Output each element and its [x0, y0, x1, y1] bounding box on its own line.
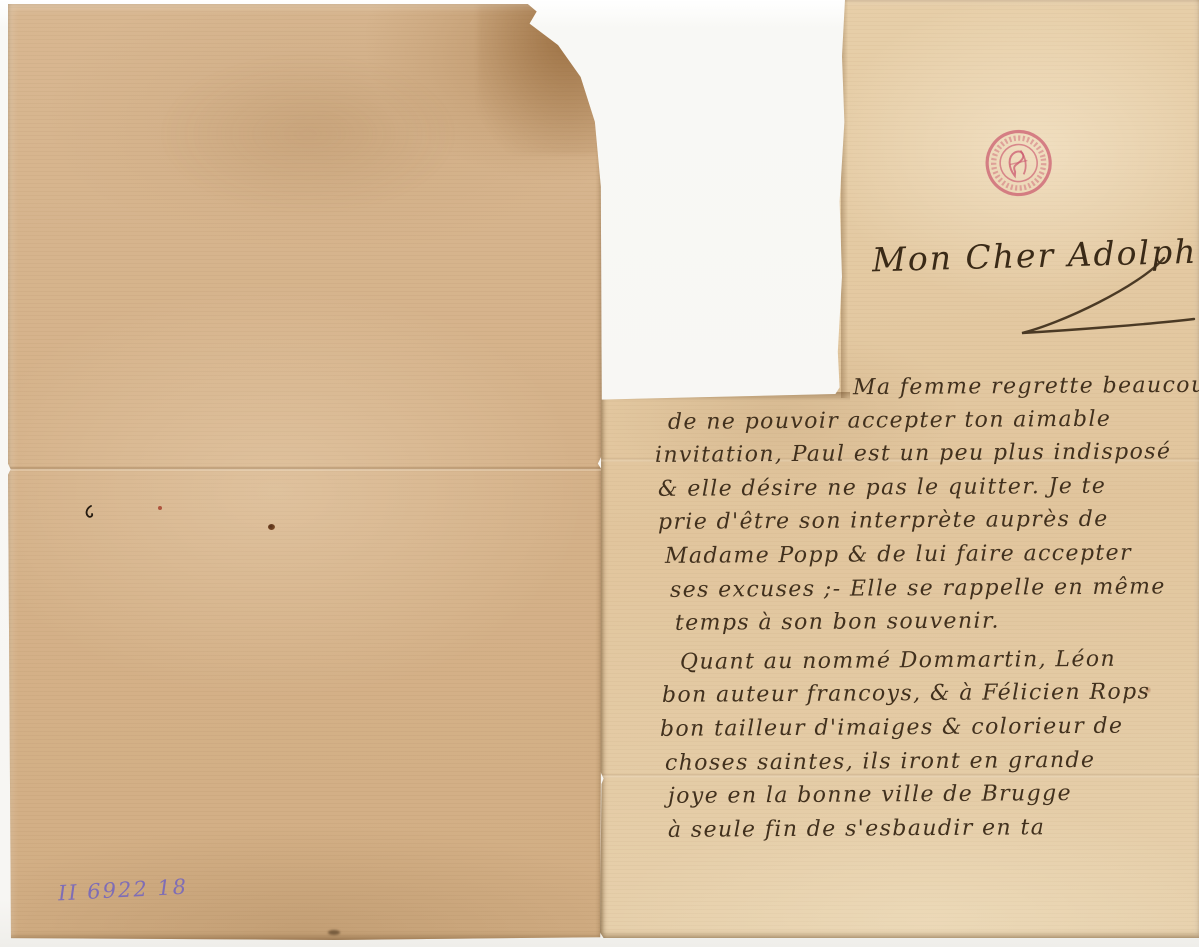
brown-spot-mark — [268, 524, 275, 530]
fold-crease — [8, 466, 602, 471]
torn-edge-shading — [841, 0, 849, 398]
paper-stain — [158, 54, 458, 214]
letter-line: choses saintes, ils iront en grande — [665, 747, 1199, 784]
letter-line: ses excuses ;- Elle se rappelle en même — [670, 574, 1199, 611]
letter-line: temps à son bon souvenir. — [675, 607, 1199, 644]
letter-line: Ma femme regrette beaucoup — [853, 373, 1199, 409]
letter-line: bon tailleur d'imaiges & colorieur de — [660, 713, 1199, 750]
catalog-number: II 6922 18 — [57, 875, 188, 906]
letter-body: Ma femme regrette beaucoup de ne pouvoir… — [648, 374, 1199, 849]
letter-line: Madame Popp & de lui faire accepter — [665, 540, 1199, 577]
letter-line: prie d'être son interprète auprès de — [658, 506, 1199, 543]
collection-stamp-icon — [976, 120, 1062, 210]
letter-line: Quant au nommé Dommartin, Léon — [680, 646, 1199, 683]
corner-stain — [478, 4, 602, 154]
letter-recto-page: Mon Cher Adolphe Ma femme regrette beauc… — [600, 0, 1199, 938]
smudge-mark — [328, 930, 340, 935]
letter-line: & elle désire ne pas le quitter. Je te — [658, 473, 1199, 510]
letter-line: bon auteur francoys, & à Félicien Rops — [662, 679, 1199, 716]
letter-line: invitation, Paul est un peu plus indispo… — [655, 439, 1199, 476]
letter-verso-page: II 6922 18 — [8, 4, 602, 940]
letter-line: à seule fin de s'esbaudir en ta — [668, 814, 1199, 851]
salutation-flourish — [1012, 252, 1199, 354]
letter-line: joye en la bonne ville de Brugge — [668, 780, 1199, 817]
ink-squiggle-mark — [84, 504, 94, 523]
red-speck-mark — [158, 506, 162, 510]
letter-line: de ne pouvoir accepter ton aimable — [668, 406, 1199, 443]
